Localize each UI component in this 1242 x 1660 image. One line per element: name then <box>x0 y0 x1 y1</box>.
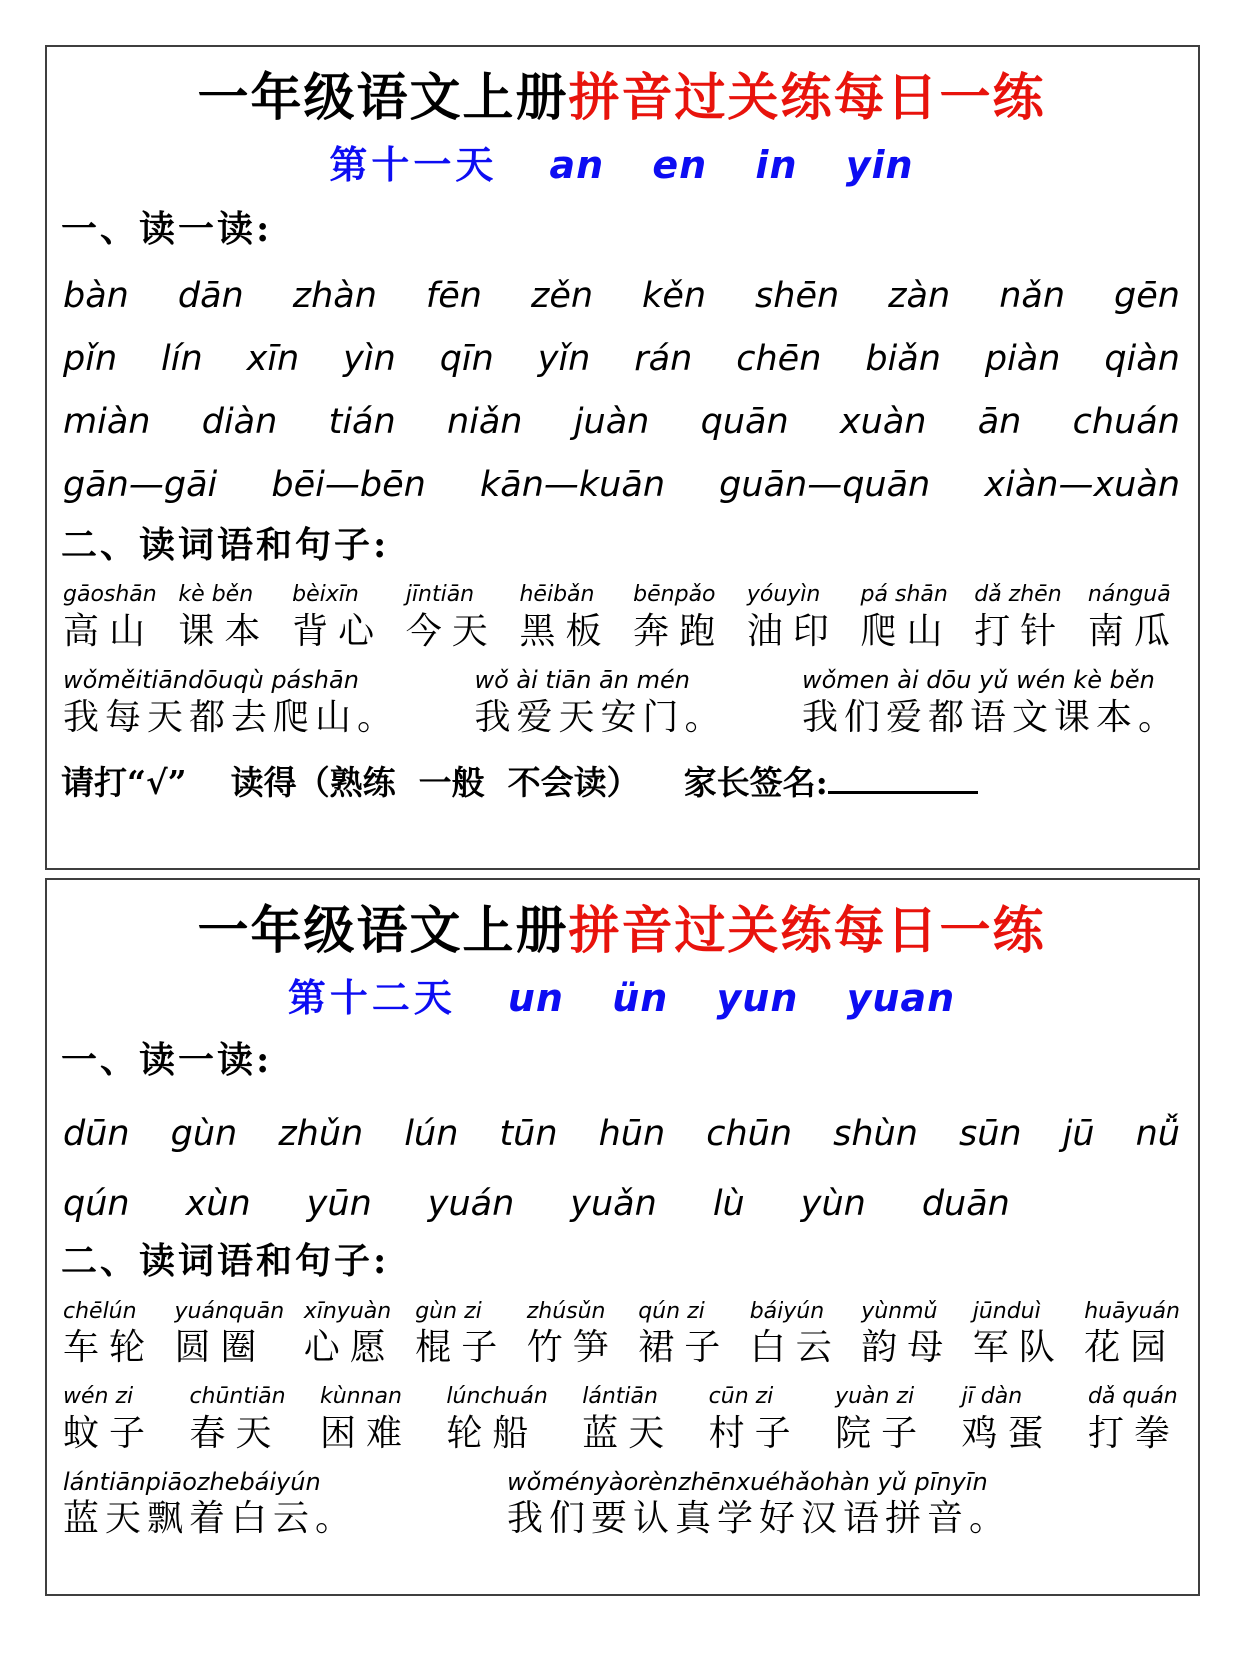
pinyin-syllable: piàn <box>985 339 1061 379</box>
pinyin-syllable: kěn <box>642 276 706 316</box>
pair-hanzi: 韵母 <box>861 1325 953 1370</box>
pinyin-syllable: sūn <box>959 1114 1022 1154</box>
pinyin-syllable: chēn <box>736 339 821 379</box>
worksheet-title: 一年级语文上册拼音过关练每日一练 <box>61 898 1182 964</box>
footer: 请打“√” 读得（熟练 一般 不会读） 家长签名: <box>61 760 1182 805</box>
day-label: 第十二天 <box>288 975 456 1020</box>
pinyin-syllable: yuán <box>428 1184 515 1224</box>
worksheet-title: 一年级语文上册拼音过关练每日一练 <box>61 65 1182 131</box>
pair-pinyin: dǎ zhēn <box>974 582 1066 608</box>
pair-hanzi: 鸡蛋 <box>962 1411 1054 1456</box>
word-pair: jīntiān今天 <box>406 582 498 653</box>
pair-pinyin: bèixīn <box>292 582 384 608</box>
pinyin-syllable: yǐn <box>538 339 591 379</box>
word-pair: gāoshān高山 <box>63 582 157 653</box>
word-pair: dǎ quán打拳 <box>1088 1384 1180 1455</box>
signature-blank-line <box>828 760 978 794</box>
word-pair: nánguā南瓜 <box>1088 582 1180 653</box>
pinyin-syllable: nǚ <box>1136 1114 1180 1154</box>
word-row-1: chēlún车轮yuánquān圆圈xīnyuàn心愿gùn zi棍子zhúsǔ… <box>63 1299 1180 1370</box>
pinyin-syllable: qiàn <box>1104 339 1180 379</box>
title-black-part: 一年级语文上册 <box>197 68 568 128</box>
pinyin-syllable: jū <box>1063 1114 1095 1154</box>
pinyin-syllable: dān <box>178 276 244 316</box>
word-pair: wǒmen ài dōu yǔ wén kè běn我们爱都语文课本。 <box>802 666 1180 740</box>
pair-pinyin: lántiānpiāozhebáiyún <box>63 1468 357 1497</box>
pair-pinyin: lúnchuán <box>446 1384 547 1410</box>
pinyin-syllable: yuǎn <box>570 1184 657 1224</box>
word-pair: cūn zi村子 <box>709 1384 801 1455</box>
pinyin-syllable: ān <box>978 402 1022 442</box>
word-pair: yùnmǔ韵母 <box>861 1299 953 1370</box>
pair-pinyin: bēnpǎo <box>633 582 725 608</box>
day-subtitle: 第十二天un ün yun yuan <box>61 974 1182 1023</box>
pinyin-syllable: chūn <box>706 1114 792 1154</box>
pair-hanzi: 蓝天 <box>582 1411 674 1456</box>
pinyin-syllable: nǎn <box>999 276 1065 316</box>
pinyin-syllable: yūn <box>307 1184 372 1224</box>
word-row: gāoshān高山kè běn课本bèixīn背心jīntiān今天hēibǎn… <box>63 582 1180 653</box>
word-pair: wén zi蚊子 <box>63 1384 155 1455</box>
word-pair: lántiān蓝天 <box>582 1384 674 1455</box>
pinyin-syllable: gān—gāi <box>63 465 217 505</box>
pinyin-syllable: duān <box>922 1184 1010 1224</box>
pinyin-syllable: shēn <box>755 276 839 316</box>
pair-hanzi: 裙子 <box>638 1325 730 1370</box>
pinyin-syllable: xùn <box>186 1184 251 1224</box>
pair-hanzi: 蓝天飘着白云。 <box>63 1496 357 1541</box>
word-pair: yuàn zi院子 <box>835 1384 927 1455</box>
word-pair: qún zi裙子 <box>638 1299 730 1370</box>
pinyin-syllable: niǎn <box>447 402 523 442</box>
pinyin-syllable: bàn <box>63 276 129 316</box>
word-pair: chūntiān春天 <box>189 1384 285 1455</box>
title-red-part: 拼音过关练每日一练 <box>569 901 1046 961</box>
day-sounds: un ün yun yuan <box>508 976 955 1020</box>
pair-pinyin: huāyuán <box>1084 1299 1180 1325</box>
word-pair: chēlún车轮 <box>63 1299 155 1370</box>
pinyin-syllable: kān—kuān <box>480 465 665 505</box>
pair-pinyin: jīntiān <box>406 582 498 608</box>
pair-hanzi: 村子 <box>709 1411 801 1456</box>
pair-hanzi: 打拳 <box>1088 1411 1180 1456</box>
word-pair: jūnduì军队 <box>973 1299 1065 1370</box>
word-pair: báiyún白云 <box>750 1299 842 1370</box>
pinyin-syllable: yìn <box>343 339 396 379</box>
section2-heading: 二、读词语和句子: <box>61 1238 1182 1285</box>
word-pair: kùnnan困难 <box>320 1384 412 1455</box>
pair-pinyin: wǒmen ài dōu yǔ wén kè běn <box>802 666 1180 695</box>
day-sounds: an en in yin <box>549 143 913 187</box>
sentence-row: lántiānpiāozhebáiyún蓝天飘着白云。wǒményàorènzh… <box>63 1468 1180 1542</box>
pair-hanzi: 我每天都去爬山。 <box>63 695 399 740</box>
pair-pinyin: báiyún <box>750 1299 842 1325</box>
pair-hanzi: 爬山 <box>861 609 953 654</box>
pinyin-syllable: zhàn <box>293 276 377 316</box>
word-pair: hēibǎn黑板 <box>519 582 611 653</box>
pair-pinyin: xīnyuàn <box>304 1299 396 1325</box>
pair-hanzi: 困难 <box>320 1411 412 1456</box>
pair-pinyin: wǒměitiāndōuqù páshān <box>63 666 399 695</box>
pair-hanzi: 竹笋 <box>527 1325 619 1370</box>
pair-hanzi: 我爱天安门。 <box>474 695 726 740</box>
pair-hanzi: 棍子 <box>415 1325 507 1370</box>
read-row-1: bàndānzhànfēnzěnkěnshēnzànnǎngēn <box>63 276 1180 316</box>
pinyin-syllable: gēn <box>1114 276 1180 316</box>
pair-hanzi: 军队 <box>973 1325 1065 1370</box>
pinyin-syllable: xiàn—xuàn <box>984 465 1180 505</box>
word-pair: wǒměitiāndōuqù páshān我每天都去爬山。 <box>63 666 399 740</box>
pair-pinyin: wǒ ài tiān ān mén <box>474 666 726 695</box>
worksheet-day12: 一年级语文上册拼音过关练每日一练 第十二天un ün yun yuan 一、读一… <box>45 878 1200 1596</box>
pair-hanzi: 南瓜 <box>1088 609 1180 654</box>
pair-hanzi: 黑板 <box>519 609 611 654</box>
pair-hanzi: 我们要认真学好汉语拼音。 <box>507 1496 1011 1541</box>
pair-hanzi: 油印 <box>747 609 839 654</box>
pair-hanzi: 白云 <box>750 1325 842 1370</box>
pair-pinyin: nánguā <box>1088 582 1180 608</box>
section1-heading: 一、读一读: <box>61 1037 1182 1084</box>
pair-pinyin: chūntiān <box>189 1384 285 1410</box>
pair-pinyin: gùn zi <box>415 1299 507 1325</box>
pair-hanzi: 轮船 <box>446 1411 547 1456</box>
pair-hanzi: 圆圈 <box>175 1325 285 1370</box>
word-row-2: wén zi蚊子chūntiān春天kùnnan困难lúnchuán轮船lánt… <box>63 1384 1180 1455</box>
pair-pinyin: zhúsǔn <box>527 1299 619 1325</box>
pinyin-syllable: tián <box>329 402 396 442</box>
pair-hanzi: 高山 <box>63 609 157 654</box>
word-pair: bèixīn背心 <box>292 582 384 653</box>
pinyin-syllable: gùn <box>171 1114 238 1154</box>
pinyin-syllable: zàn <box>888 276 950 316</box>
pair-pinyin: yóuyìn <box>747 582 839 608</box>
pair-hanzi: 春天 <box>189 1411 285 1456</box>
pinyin-syllable: lín <box>161 339 203 379</box>
pinyin-syllable: chuán <box>1073 402 1180 442</box>
word-pair: wǒményàorènzhēnxuéhǎohàn yǔ pīnyīn我们要认真学… <box>507 1468 1011 1542</box>
pair-hanzi: 车轮 <box>63 1325 155 1370</box>
pair-pinyin: pá shān <box>861 582 953 608</box>
word-pair: dǎ zhēn打针 <box>974 582 1066 653</box>
pair-pinyin: wǒményàorènzhēnxuéhǎohàn yǔ pīnyīn <box>507 1468 1011 1497</box>
pinyin-syllable: lù <box>713 1184 745 1224</box>
pair-hanzi: 心愿 <box>304 1325 396 1370</box>
pinyin-syllable: guān—quān <box>719 465 930 505</box>
pinyin-syllable: xīn <box>247 339 300 379</box>
pair-pinyin: yùnmǔ <box>861 1299 953 1325</box>
pair-hanzi: 院子 <box>835 1411 927 1456</box>
word-pair: xīnyuàn心愿 <box>304 1299 396 1370</box>
pair-hanzi: 课本 <box>178 609 270 654</box>
pinyin-syllable: qún <box>63 1184 130 1224</box>
pair-pinyin: hēibǎn <box>519 582 611 608</box>
pair-hanzi: 今天 <box>406 609 498 654</box>
pinyin-syllable: bēi—bēn <box>271 465 425 505</box>
pair-hanzi: 花园 <box>1084 1325 1180 1370</box>
day-label: 第十一天 <box>329 142 497 187</box>
pair-pinyin: gāoshān <box>63 582 157 608</box>
pinyin-syllable: fēn <box>426 276 482 316</box>
pair-pinyin: kè běn <box>178 582 270 608</box>
title-red-part: 拼音过关练每日一练 <box>569 68 1046 128</box>
read-row-2: pǐnlínxīnyìnqīnyǐnránchēnbiǎnpiànqiàn <box>63 339 1180 379</box>
pair-pinyin: dǎ quán <box>1088 1384 1180 1410</box>
word-pair: huāyuán花园 <box>1084 1299 1180 1370</box>
pinyin-syllable: lún <box>404 1114 458 1154</box>
pair-pinyin: yuàn zi <box>835 1384 927 1410</box>
pair-pinyin: wén zi <box>63 1384 155 1410</box>
word-pair: yuánquān圆圈 <box>175 1299 285 1370</box>
word-pair: bēnpǎo奔跑 <box>633 582 725 653</box>
pinyin-syllable: zhǔn <box>278 1114 363 1154</box>
pair-hanzi: 奔跑 <box>633 609 725 654</box>
parent-signature-label: 家长签名: <box>684 763 828 802</box>
pinyin-syllable: quān <box>701 402 789 442</box>
worksheet-day11: 一年级语文上册拼音过关练每日一练 第十一天an en in yin 一、读一读:… <box>45 45 1200 870</box>
word-pair: wǒ ài tiān ān mén我爱天安门。 <box>474 666 726 740</box>
title-black-part: 一年级语文上册 <box>197 901 568 961</box>
word-pair: gùn zi棍子 <box>415 1299 507 1370</box>
pinyin-syllable: zěn <box>531 276 593 316</box>
pair-pinyin: chēlún <box>63 1299 155 1325</box>
word-pair: zhúsǔn竹笋 <box>527 1299 619 1370</box>
pinyin-syllable: shùn <box>833 1114 918 1154</box>
pinyin-syllable: yùn <box>801 1184 866 1224</box>
day-subtitle: 第十一天an en in yin <box>61 141 1182 190</box>
pair-pinyin: jūnduì <box>973 1299 1065 1325</box>
sentence-row: wǒměitiāndōuqù páshān我每天都去爬山。wǒ ài tiān … <box>63 666 1180 740</box>
word-pair: lúnchuán轮船 <box>446 1384 547 1455</box>
read-row-4: gān—gāibēi—bēnkān—kuānguān—quānxiàn—xuàn <box>63 465 1180 505</box>
pinyin-syllable: qīn <box>440 339 494 379</box>
pinyin-syllable: diàn <box>202 402 278 442</box>
pinyin-syllable: hūn <box>599 1114 666 1154</box>
pair-pinyin: lántiān <box>582 1384 674 1410</box>
pinyin-syllable: dūn <box>63 1114 130 1154</box>
footer-sign: 家长签名: <box>684 760 978 805</box>
pair-hanzi: 我们爱都语文课本。 <box>802 695 1180 740</box>
word-pair: kè běn课本 <box>178 582 270 653</box>
pair-hanzi: 蚊子 <box>63 1411 155 1456</box>
word-pair: jī dàn鸡蛋 <box>962 1384 1054 1455</box>
pinyin-syllable: tūn <box>499 1114 557 1154</box>
pinyin-syllable: miàn <box>63 402 150 442</box>
section1-heading: 一、读一读: <box>61 206 1182 253</box>
footer-check-instruction: 请打“√” <box>61 762 187 805</box>
section2-heading: 二、读词语和句子: <box>61 522 1182 569</box>
pair-pinyin: qún zi <box>638 1299 730 1325</box>
read-row-1: dūngùnzhǔnlúntūnhūnchūnshùnsūnjūnǚ <box>63 1114 1180 1154</box>
pinyin-syllable: pǐn <box>63 339 117 379</box>
read-row-2: qúnxùnyūnyuányuǎnlùyùnduān <box>63 1184 1180 1224</box>
read-row-3: miàndiàntiánniǎnjuànquānxuànānchuán <box>63 402 1180 442</box>
pair-pinyin: cūn zi <box>709 1384 801 1410</box>
pinyin-syllable: biǎn <box>865 339 941 379</box>
pinyin-syllable: juàn <box>574 402 650 442</box>
pair-pinyin: kùnnan <box>320 1384 412 1410</box>
word-pair: lántiānpiāozhebáiyún蓝天飘着白云。 <box>63 1468 357 1542</box>
word-pair: yóuyìn油印 <box>747 582 839 653</box>
footer-rating-options: 读得（熟练 一般 不会读） <box>231 762 640 805</box>
pair-pinyin: yuánquān <box>175 1299 285 1325</box>
pinyin-syllable: rán <box>634 339 692 379</box>
pair-hanzi: 背心 <box>292 609 384 654</box>
pinyin-syllable: xuàn <box>840 402 927 442</box>
pair-hanzi: 打针 <box>974 609 1066 654</box>
pair-pinyin: jī dàn <box>962 1384 1054 1410</box>
word-pair: pá shān爬山 <box>861 582 953 653</box>
